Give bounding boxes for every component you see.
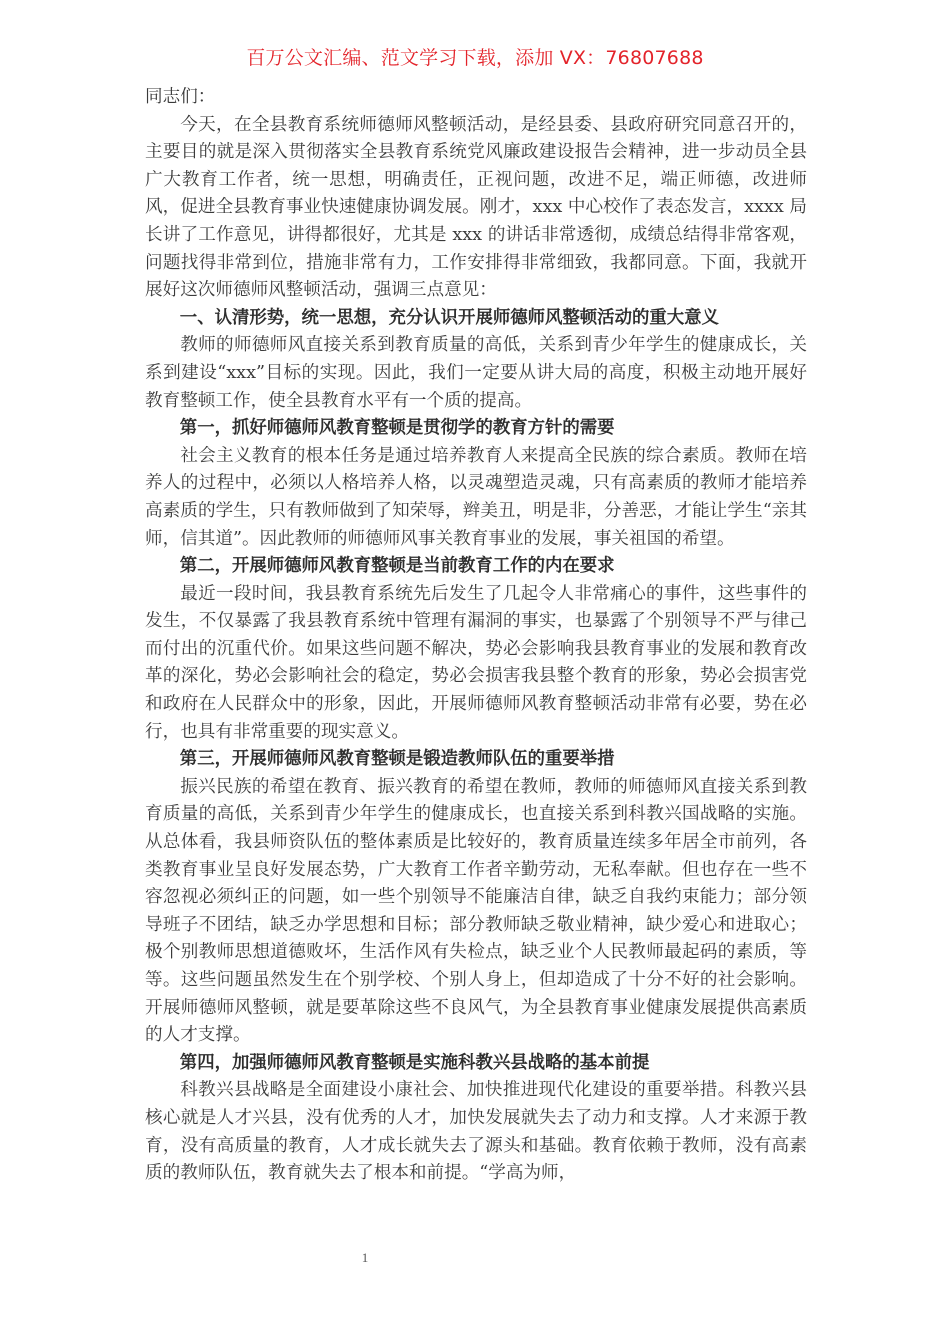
subheading-second: 第二，开展师德师风教育整顿是当前教育工作的内在要求 [145,553,807,581]
paragraph-fourth: 科教兴县战略是全面建设小康社会、加快推进现代化建设的重要举措。科教兴县核心就是人… [145,1077,807,1187]
page-number: 1 [355,1250,375,1266]
paragraph-opening: 今天，在全县教育系统师德师风整顿活动，是经县委、县政府研究同意召开的，主要目的就… [145,112,807,305]
download-banner: 百万公文汇编、范文学习下载，添加 VX：76807688 [0,44,950,72]
paragraph-second: 最近一段时间，我县教育系统先后发生了几起令人非常痛心的事件，这些事件的发生，不仅… [145,581,807,747]
salutation: 同志们： [145,84,807,112]
document-body: 同志们： 今天，在全县教育系统师德师风整顿活动，是经县委、县政府研究同意召开的，… [145,84,807,1188]
subheading-third: 第三，开展师德师风教育整顿是锻造教师队伍的重要举措 [145,746,807,774]
paragraph-first: 社会主义教育的根本任务是通过培养教育人来提高全民族的综合素质。教师在培养人的过程… [145,443,807,553]
paragraph-significance: 教师的师德师风直接关系到教育质量的高低，关系到青少年学生的健康成长，关系到建设“… [145,332,807,415]
paragraph-third: 振兴民族的希望在教育、振兴教育的希望在教师，教师的师德师风直接关系到教育质量的高… [145,774,807,1050]
subheading-first: 第一，抓好师德师风教育整顿是贯彻学的教育方针的需要 [145,415,807,443]
section-heading-1: 一、认清形势，统一思想，充分认识开展师德师风整顿活动的重大意义 [145,305,807,333]
subheading-fourth: 第四，加强师德师风教育整顿是实施科教兴县战略的基本前提 [145,1050,807,1078]
